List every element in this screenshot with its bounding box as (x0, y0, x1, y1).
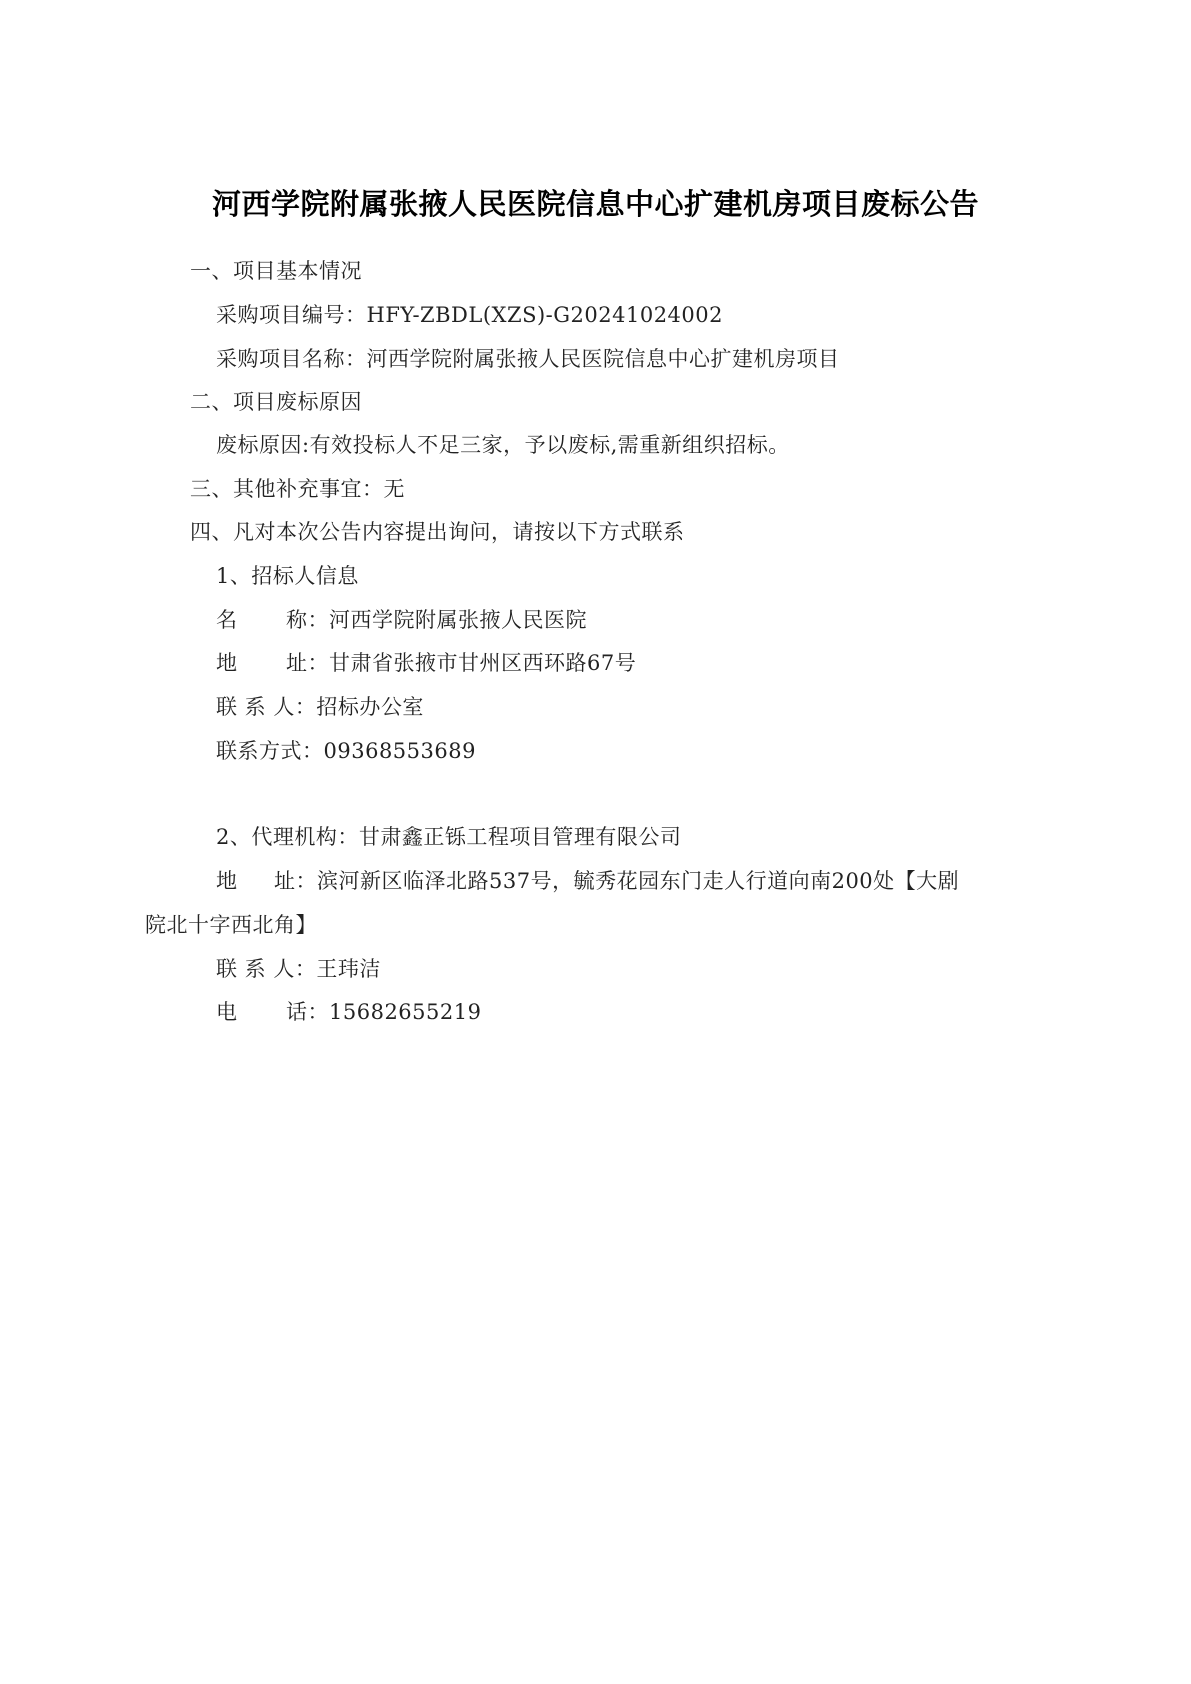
tenderer-name-label-b: 称： (286, 608, 329, 632)
project-name-value: 河西学院附属张掖人民医院信息中心扩建机房项目 (367, 347, 840, 371)
tenderer-address-label-b: 址： (286, 651, 329, 675)
tenderer-phone-row: 联系方式：09368553689 (216, 736, 476, 766)
document-title: 河西学院附属张掖人民医院信息中心扩建机房项目废标公告 (0, 184, 1191, 224)
agency-contact-row: 联 系 人：王玮洁 (216, 954, 381, 984)
agency-address-value-line1: 滨河新区临泽北路537号，毓秀花园东门走人行道向南200处【大剧 (317, 869, 959, 893)
agency-address-row: 地址：滨河新区临泽北路537号，毓秀花园东门走人行道向南200处【大剧 (216, 866, 959, 896)
tenderer-address-value: 甘肃省张掖市甘州区西环路67号 (329, 651, 636, 675)
agency-address-label-b: 址： (274, 869, 317, 893)
tenderer-address-row: 地址：甘肃省张掖市甘州区西环路67号 (216, 648, 636, 678)
project-number-value: HFY-ZBDL(XZS)-G20241024002 (367, 303, 724, 327)
cancellation-reason-text: 废标原因:有效投标人不足三家，予以废标,需重新组织招标。 (216, 430, 790, 460)
section-heading-contact: 四、凡对本次公告内容提出询问，请按以下方式联系 (190, 517, 685, 547)
section-heading-reason: 二、项目废标原因 (190, 387, 362, 417)
tenderer-contact-value: 招标办公室 (316, 695, 424, 719)
tenderer-contact-row: 联 系 人：招标办公室 (216, 692, 424, 722)
agency-address-label-a: 地 (216, 866, 274, 896)
section-heading-basic-info: 一、项目基本情况 (190, 256, 362, 286)
agency-phone-label-a: 电 (216, 997, 286, 1027)
project-number-row: 采购项目编号：HFY-ZBDL(XZS)-G20241024002 (216, 300, 723, 330)
tenderer-phone-label: 联系方式： (216, 739, 324, 763)
section-heading-other: 三、其他补充事宜：无 (190, 474, 405, 504)
project-name-label: 采购项目名称： (216, 347, 367, 371)
project-number-label: 采购项目编号： (216, 303, 367, 327)
agency-phone-row: 电话：15682655219 (216, 997, 481, 1027)
document-page: 河西学院附属张掖人民医院信息中心扩建机房项目废标公告 一、项目基本情况 采购项目… (0, 0, 1191, 1684)
tenderer-name-row: 名称：河西学院附属张掖人民医院 (216, 605, 587, 635)
tenderer-contact-label: 联 系 人： (216, 695, 316, 719)
agency-contact-label: 联 系 人： (216, 957, 316, 981)
tenderer-heading: 1、招标人信息 (216, 561, 359, 591)
agency-heading: 2、代理机构：甘肃鑫正铄工程项目管理有限公司 (216, 822, 681, 852)
tenderer-name-label-a: 名 (216, 605, 286, 635)
tenderer-phone-value: 09368553689 (324, 739, 476, 763)
agency-contact-value: 王玮洁 (316, 957, 381, 981)
tenderer-name-value: 河西学院附属张掖人民医院 (329, 608, 587, 632)
agency-phone-value: 15682655219 (329, 1000, 481, 1024)
tenderer-address-label-a: 地 (216, 648, 286, 678)
project-name-row: 采购项目名称：河西学院附属张掖人民医院信息中心扩建机房项目 (216, 344, 840, 374)
agency-phone-label-b: 话： (286, 1000, 329, 1024)
agency-address-line2: 院北十字西北角】 (145, 910, 317, 940)
